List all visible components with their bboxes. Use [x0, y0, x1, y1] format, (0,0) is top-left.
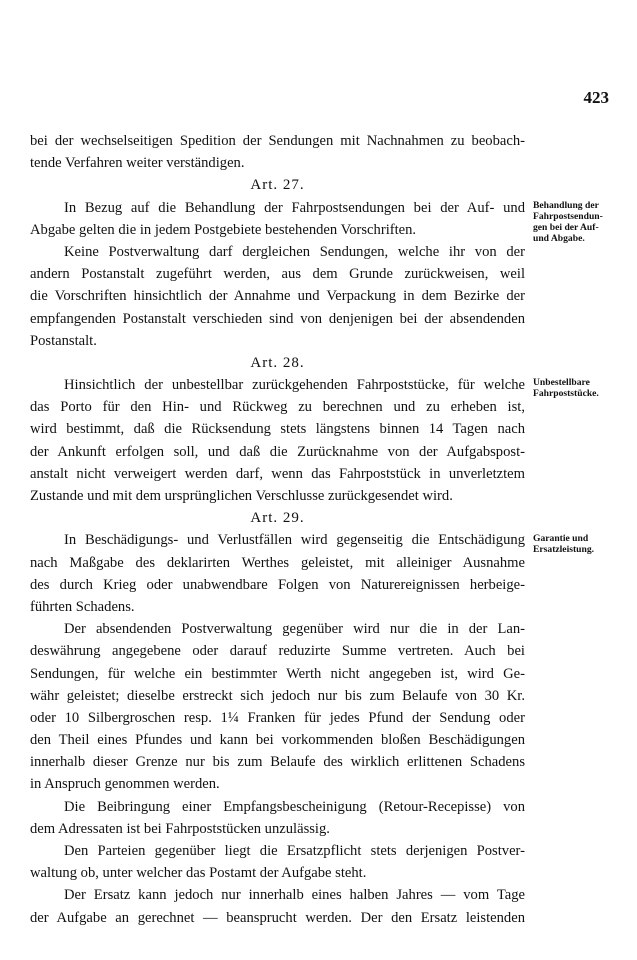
text-line: In Bezug auf die Behandlung der Fahrpost…: [30, 197, 525, 219]
text-line: führten Schadens.: [30, 596, 525, 618]
text-line: des durch Krieg oder unabwendbare Folgen…: [30, 574, 525, 596]
margin-note-line: Unbestellbare: [533, 377, 633, 388]
article-heading: Art. 27.: [30, 174, 525, 196]
page-number: 423: [584, 88, 610, 108]
text-line: der Ankunft erfolgen soll, und daß die Z…: [30, 441, 525, 463]
text-line: wird bestimmt, daß die Rücksendung stets…: [30, 418, 525, 440]
text-line: Keine Postverwaltung darf dergleichen Se…: [30, 241, 525, 263]
text-line: oder 10 Silbergroschen resp. 1¼ Franken …: [30, 707, 525, 729]
margin-note-line: gen bei der Auf-: [533, 222, 633, 233]
text-line: Den Parteien gegenüber liegt die Ersatzp…: [30, 840, 525, 862]
margin-note-line: Fahrpostsendun-: [533, 211, 633, 222]
text-line: waltung ob, unter welcher das Postamt de…: [30, 862, 525, 884]
text-line: Der absendenden Postverwaltung gegenüber…: [30, 618, 525, 640]
margin-note: UnbestellbareFahrpoststücke.: [533, 377, 633, 399]
text-line: tende Verfahren weiter verständigen.: [30, 152, 525, 174]
margin-note-line: Behandlung der: [533, 200, 633, 211]
article-heading: Art. 28.: [30, 352, 525, 374]
text-line: bei der wechselseitigen Spedition der Se…: [30, 130, 525, 152]
text-line: deswährung angegebene oder darauf reduzi…: [30, 640, 525, 662]
text-line: dem Adressaten ist bei Fahrpoststücken u…: [30, 818, 525, 840]
text-line: die Vorschriften hinsichtlich der Annahm…: [30, 285, 525, 307]
margin-note-line: Ersatzleistung.: [533, 544, 633, 555]
body-text: bei der wechselseitigen Spedition der Se…: [30, 130, 525, 929]
text-line: den Theil eines Pfundes und kann bei vor…: [30, 729, 525, 751]
margin-note: Garantie undErsatzleistung.: [533, 533, 633, 555]
text-line: nach Maßgabe des deklarirten Werthes gel…: [30, 552, 525, 574]
margin-note-line: Fahrpoststücke.: [533, 388, 633, 399]
text-line: empfangenden Postanstalt verschieden sin…: [30, 308, 525, 330]
text-line: Hinsichtlich der unbestellbar zurückgehe…: [30, 374, 525, 396]
text-line: Zustande und mit dem ursprünglichen Vers…: [30, 485, 525, 507]
text-line: andern Postanstalt zugeführt werden, aus…: [30, 263, 525, 285]
text-line: das Porto für den Hin- und Rückweg zu be…: [30, 396, 525, 418]
text-line: innerhalb dieser Grenze nur bis zum Bela…: [30, 751, 525, 773]
text-line: Postanstalt.: [30, 330, 525, 352]
margin-note-line: Garantie und: [533, 533, 633, 544]
text-line: der Aufgabe an gerechnet — beansprucht w…: [30, 907, 525, 929]
text-line: in Anspruch genommen werden.: [30, 773, 525, 795]
margin-note: Behandlung derFahrpostsendun-gen bei der…: [533, 200, 633, 244]
article-heading: Art. 29.: [30, 507, 525, 529]
text-line: anstalt nicht verweigert werden darf, we…: [30, 463, 525, 485]
text-line: währ geleistet; dieselbe erstreckt sich …: [30, 685, 525, 707]
text-line: Die Beibringung einer Empfangsbescheinig…: [30, 796, 525, 818]
text-line: Der Ersatz kann jedoch nur innerhalb ein…: [30, 884, 525, 906]
text-line: Abgabe gelten die in jedem Postgebiete b…: [30, 219, 525, 241]
text-line: In Beschädigungs- und Verlustfällen wird…: [30, 529, 525, 551]
text-line: Sendungen, für welche ein bestimmter Wer…: [30, 663, 525, 685]
margin-note-line: und Abgabe.: [533, 233, 633, 244]
